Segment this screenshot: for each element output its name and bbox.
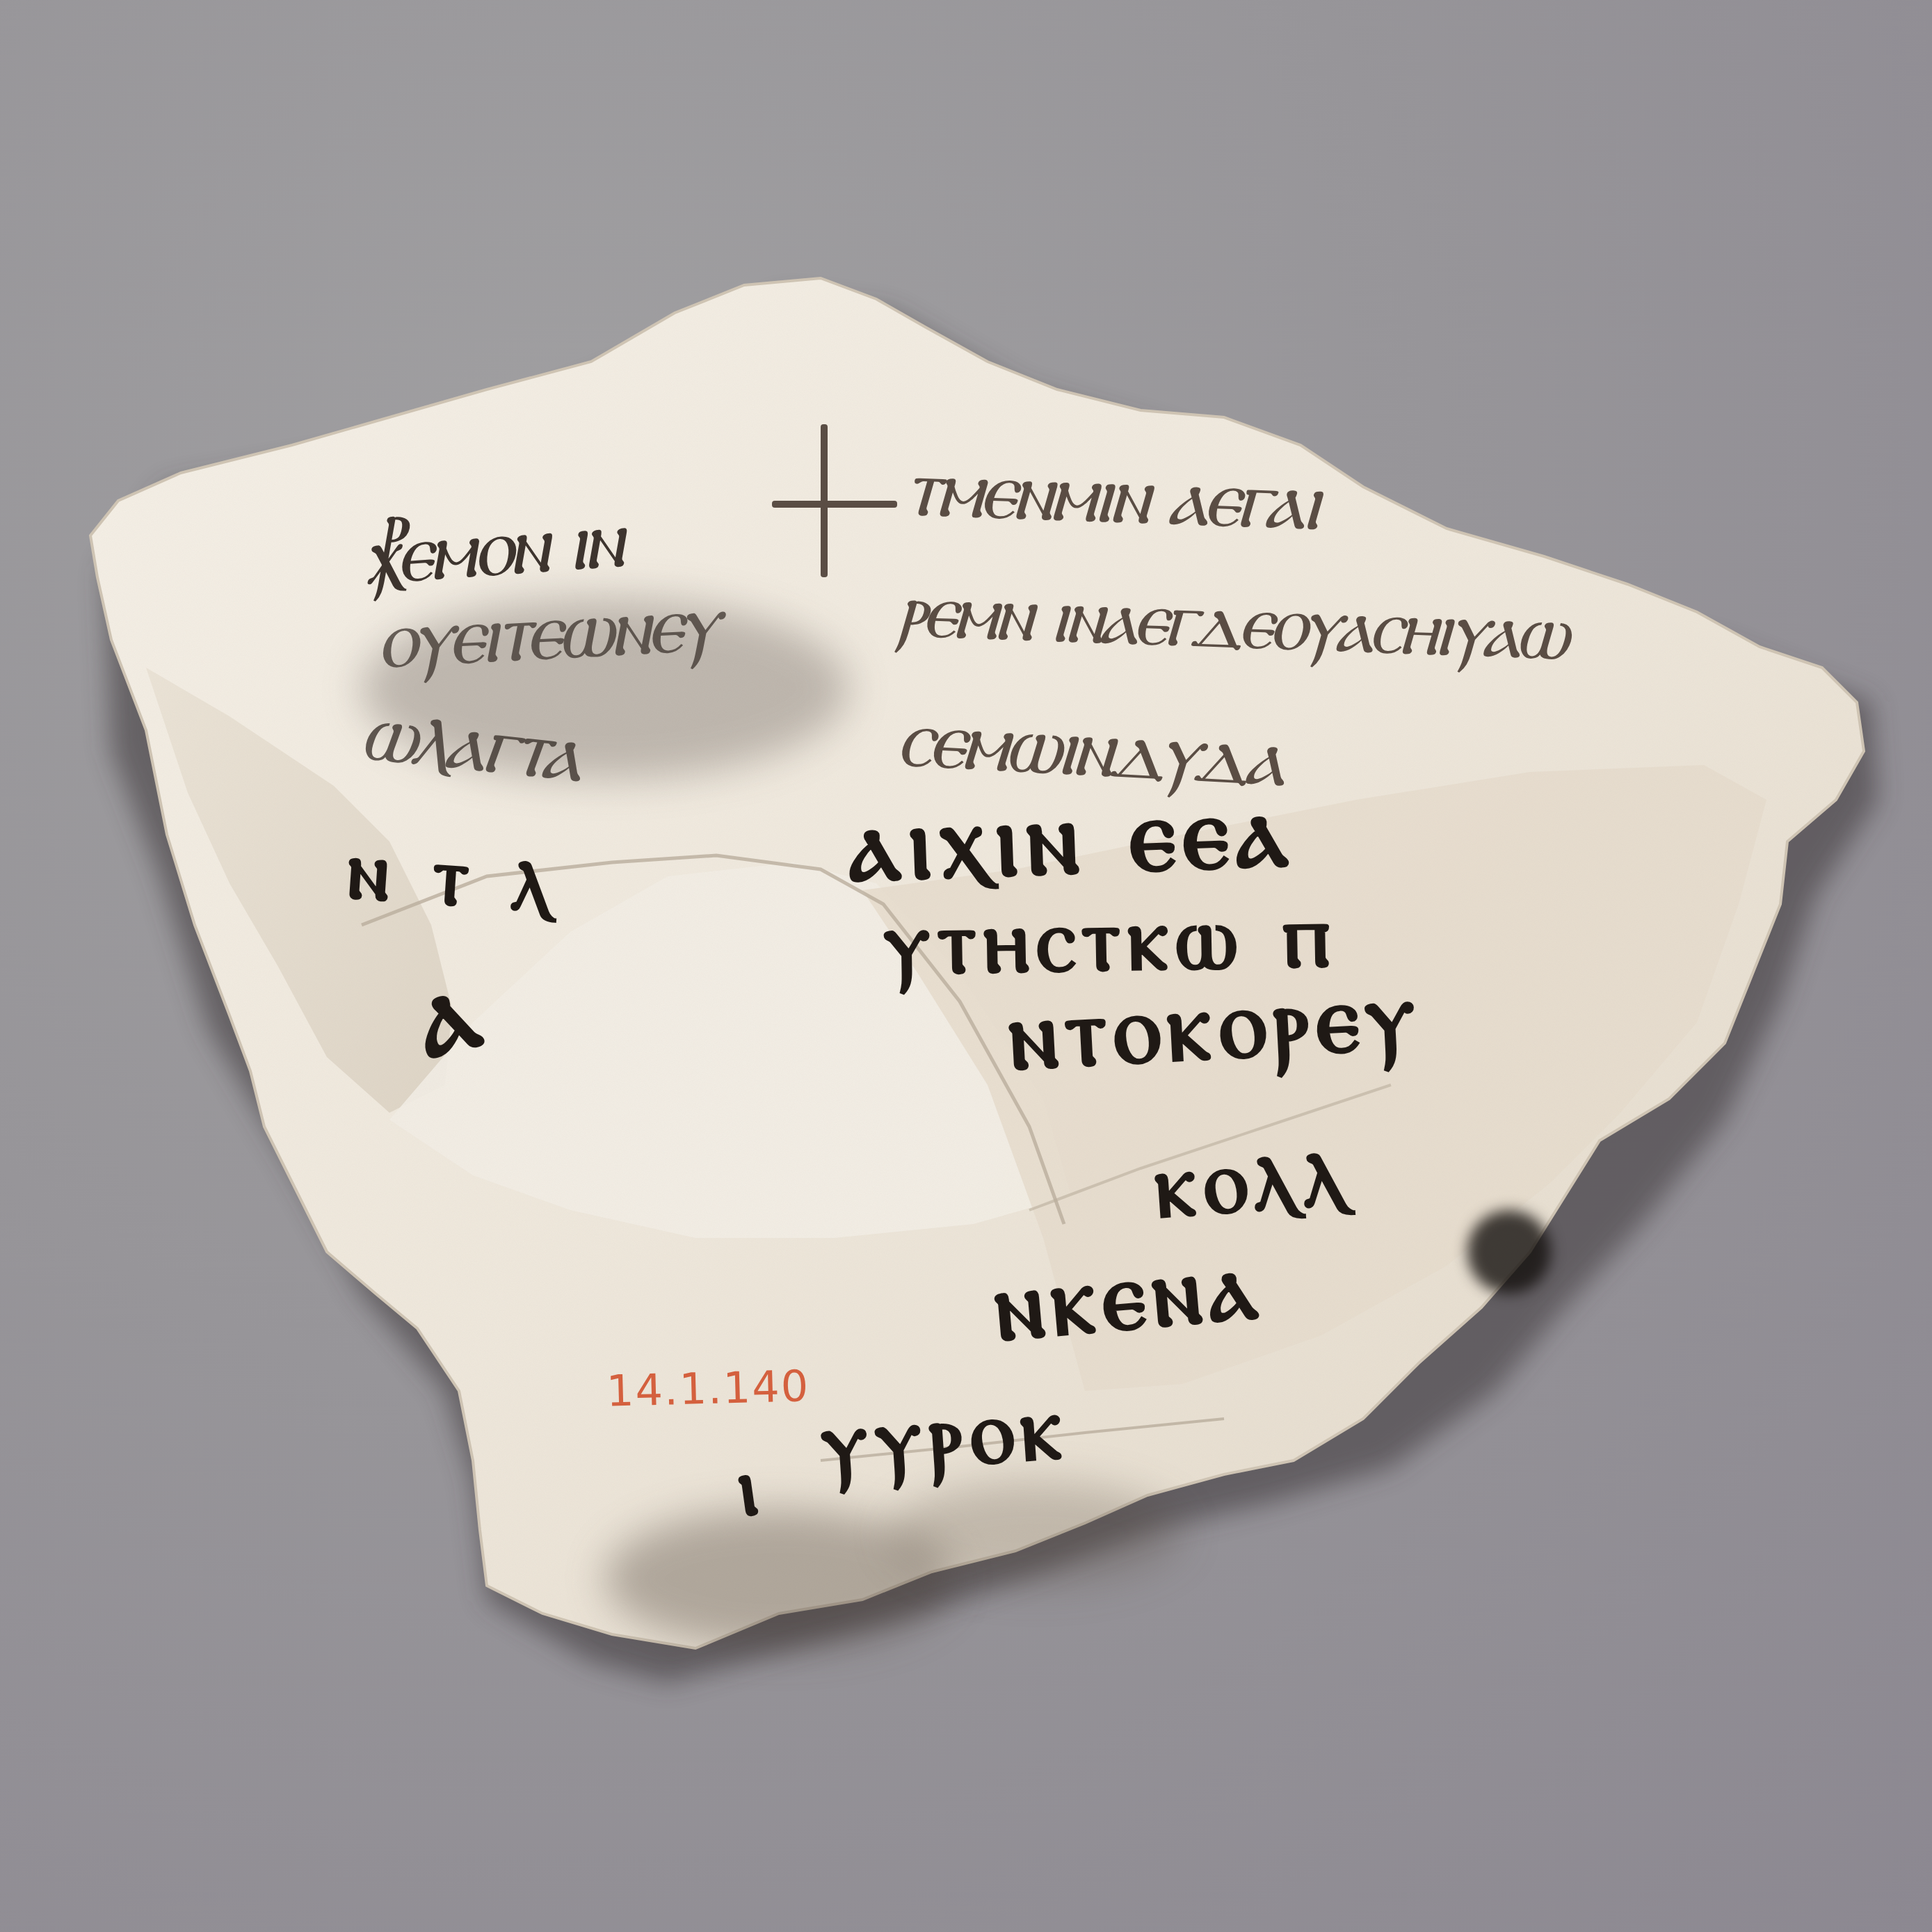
cross-bar [772, 501, 897, 508]
accession-number-label: 14.1.140 [606, 1360, 810, 1417]
photograph-scene: ⳩ⲉⲙⲟⲛ ⲓⲛ ⲟⲩⲉⲓⲧⲉⲱⲛⲉⲩ ⲱⲗⲁⲅⲧⲁ ⲧⲙⲉⲛⲙⲓⲛ ⲁⲉⲅⲁⲓ… [0, 0, 1932, 1932]
ostracon-stone [0, 0, 1932, 1932]
